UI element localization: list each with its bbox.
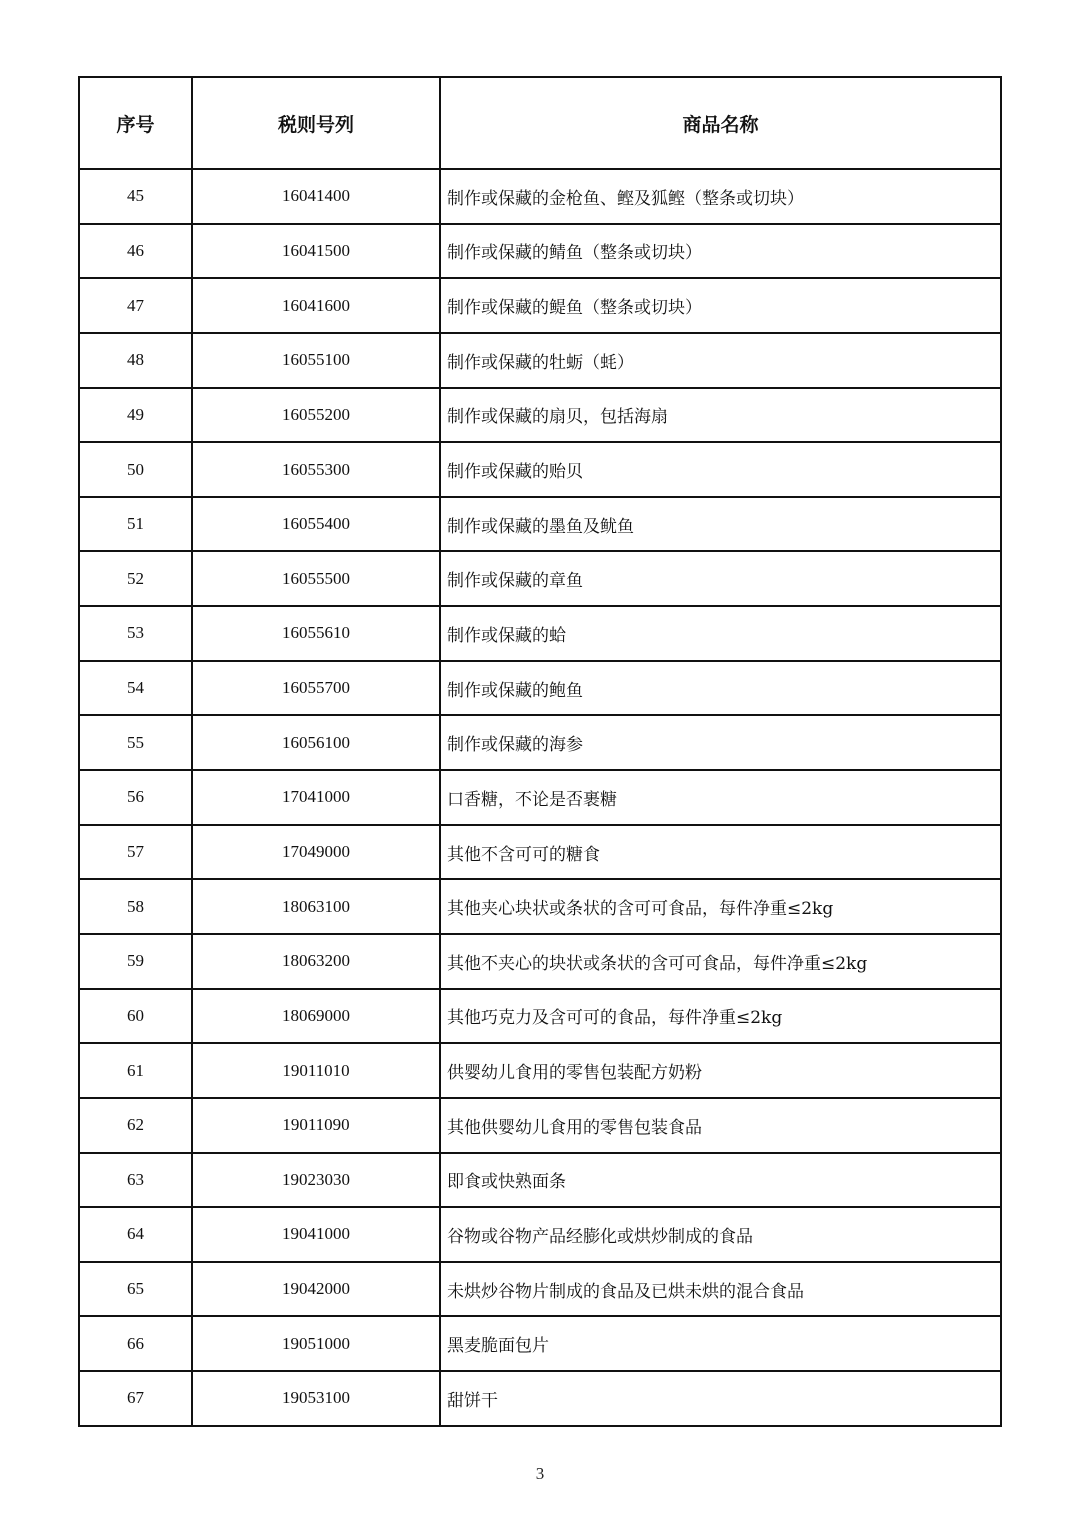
row-product-name: 制作或保藏的鲭鱼（整条或切块） <box>440 224 1001 279</box>
table-row: 46 16041500 制作或保藏的鲭鱼（整条或切块） <box>79 224 1001 279</box>
header-tariff-code: 税则号列 <box>192 77 440 169</box>
row-product-name: 供婴幼儿食用的零售包装配方奶粉 <box>440 1043 1001 1098</box>
table-row: 51 16055400 制作或保藏的墨鱼及鱿鱼 <box>79 497 1001 552</box>
row-index: 52 <box>79 551 192 606</box>
row-index: 48 <box>79 333 192 388</box>
table-row: 47 16041600 制作或保藏的鳀鱼（整条或切块） <box>79 278 1001 333</box>
row-tariff-code: 16055200 <box>192 388 440 443</box>
row-tariff-code: 16055700 <box>192 661 440 716</box>
row-tariff-code: 16041500 <box>192 224 440 279</box>
row-tariff-code: 19051000 <box>192 1316 440 1371</box>
row-index: 65 <box>79 1262 192 1317</box>
row-product-name: 制作或保藏的鲍鱼 <box>440 661 1001 716</box>
row-index: 58 <box>79 879 192 934</box>
row-product-name: 制作或保藏的金枪鱼、鲣及狐鲣（整条或切块） <box>440 169 1001 224</box>
table-row: 60 18069000 其他巧克力及含可可的食品，每件净重≤2kg <box>79 989 1001 1044</box>
row-index: 55 <box>79 715 192 770</box>
row-product-name: 甜饼干 <box>440 1371 1001 1426</box>
row-tariff-code: 16055100 <box>192 333 440 388</box>
page-number: 3 <box>0 1464 1080 1484</box>
table-row: 67 19053100 甜饼干 <box>79 1371 1001 1426</box>
row-index: 60 <box>79 989 192 1044</box>
row-tariff-code: 19042000 <box>192 1262 440 1317</box>
row-product-name: 黑麦脆面包片 <box>440 1316 1001 1371</box>
row-tariff-code: 17049000 <box>192 825 440 880</box>
row-index: 49 <box>79 388 192 443</box>
table-header: 序号 税则号列 商品名称 <box>79 77 1001 169</box>
table-row: 48 16055100 制作或保藏的牡蛎（蚝） <box>79 333 1001 388</box>
table-row: 49 16055200 制作或保藏的扇贝，包括海扇 <box>79 388 1001 443</box>
document-page: 序号 税则号列 商品名称 45 16041400 制作或保藏的金枪鱼、鲣及狐鲣（… <box>0 0 1080 1528</box>
table-body: 45 16041400 制作或保藏的金枪鱼、鲣及狐鲣（整条或切块） 46 160… <box>79 169 1001 1426</box>
row-product-name: 其他供婴幼儿食用的零售包装食品 <box>440 1098 1001 1153</box>
table-row: 56 17041000 口香糖，不论是否裹糖 <box>79 770 1001 825</box>
table-row: 45 16041400 制作或保藏的金枪鱼、鲣及狐鲣（整条或切块） <box>79 169 1001 224</box>
row-tariff-code: 17041000 <box>192 770 440 825</box>
row-tariff-code: 18069000 <box>192 989 440 1044</box>
row-product-name: 其他夹心块状或条状的含可可食品，每件净重≤2kg <box>440 879 1001 934</box>
row-index: 62 <box>79 1098 192 1153</box>
table-row: 58 18063100 其他夹心块状或条状的含可可食品，每件净重≤2kg <box>79 879 1001 934</box>
table-row: 50 16055300 制作或保藏的贻贝 <box>79 442 1001 497</box>
row-index: 47 <box>79 278 192 333</box>
row-tariff-code: 19041000 <box>192 1207 440 1262</box>
table-row: 52 16055500 制作或保藏的章鱼 <box>79 551 1001 606</box>
row-product-name: 制作或保藏的蛤 <box>440 606 1001 661</box>
row-index: 53 <box>79 606 192 661</box>
row-index: 57 <box>79 825 192 880</box>
table-row: 63 19023030 即食或快熟面条 <box>79 1153 1001 1208</box>
table-row: 61 19011010 供婴幼儿食用的零售包装配方奶粉 <box>79 1043 1001 1098</box>
row-tariff-code: 18063100 <box>192 879 440 934</box>
row-tariff-code: 19011090 <box>192 1098 440 1153</box>
row-tariff-code: 16055400 <box>192 497 440 552</box>
row-index: 61 <box>79 1043 192 1098</box>
row-tariff-code: 19011010 <box>192 1043 440 1098</box>
row-product-name: 制作或保藏的章鱼 <box>440 551 1001 606</box>
row-index: 67 <box>79 1371 192 1426</box>
row-product-name: 即食或快熟面条 <box>440 1153 1001 1208</box>
header-index: 序号 <box>79 77 192 169</box>
row-product-name: 其他巧克力及含可可的食品，每件净重≤2kg <box>440 989 1001 1044</box>
row-index: 64 <box>79 1207 192 1262</box>
row-index: 46 <box>79 224 192 279</box>
table-row: 55 16056100 制作或保藏的海参 <box>79 715 1001 770</box>
header-row: 序号 税则号列 商品名称 <box>79 77 1001 169</box>
row-product-name: 制作或保藏的扇贝，包括海扇 <box>440 388 1001 443</box>
row-product-name: 制作或保藏的牡蛎（蚝） <box>440 333 1001 388</box>
row-product-name: 谷物或谷物产品经膨化或烘炒制成的食品 <box>440 1207 1001 1262</box>
row-product-name: 制作或保藏的鳀鱼（整条或切块） <box>440 278 1001 333</box>
table-row: 54 16055700 制作或保藏的鲍鱼 <box>79 661 1001 716</box>
row-index: 54 <box>79 661 192 716</box>
row-index: 66 <box>79 1316 192 1371</box>
row-tariff-code: 16056100 <box>192 715 440 770</box>
row-tariff-code: 16041400 <box>192 169 440 224</box>
table-row: 66 19051000 黑麦脆面包片 <box>79 1316 1001 1371</box>
header-product-name: 商品名称 <box>440 77 1001 169</box>
row-tariff-code: 16055300 <box>192 442 440 497</box>
row-product-name: 制作或保藏的墨鱼及鱿鱼 <box>440 497 1001 552</box>
tariff-product-table: 序号 税则号列 商品名称 45 16041400 制作或保藏的金枪鱼、鲣及狐鲣（… <box>78 76 1002 1427</box>
row-index: 63 <box>79 1153 192 1208</box>
row-product-name: 制作或保藏的海参 <box>440 715 1001 770</box>
row-product-name: 制作或保藏的贻贝 <box>440 442 1001 497</box>
row-index: 59 <box>79 934 192 989</box>
row-product-name: 其他不夹心的块状或条状的含可可食品，每件净重≤2kg <box>440 934 1001 989</box>
row-product-name: 未烘炒谷物片制成的食品及已烘未烘的混合食品 <box>440 1262 1001 1317</box>
table-row: 59 18063200 其他不夹心的块状或条状的含可可食品，每件净重≤2kg <box>79 934 1001 989</box>
table-row: 64 19041000 谷物或谷物产品经膨化或烘炒制成的食品 <box>79 1207 1001 1262</box>
row-index: 45 <box>79 169 192 224</box>
row-tariff-code: 16041600 <box>192 278 440 333</box>
row-index: 51 <box>79 497 192 552</box>
row-tariff-code: 18063200 <box>192 934 440 989</box>
row-product-name: 其他不含可可的糖食 <box>440 825 1001 880</box>
row-tariff-code: 19023030 <box>192 1153 440 1208</box>
table-row: 65 19042000 未烘炒谷物片制成的食品及已烘未烘的混合食品 <box>79 1262 1001 1317</box>
row-tariff-code: 16055500 <box>192 551 440 606</box>
row-tariff-code: 19053100 <box>192 1371 440 1426</box>
table-row: 53 16055610 制作或保藏的蛤 <box>79 606 1001 661</box>
table-row: 62 19011090 其他供婴幼儿食用的零售包装食品 <box>79 1098 1001 1153</box>
row-index: 56 <box>79 770 192 825</box>
table-row: 57 17049000 其他不含可可的糖食 <box>79 825 1001 880</box>
row-index: 50 <box>79 442 192 497</box>
row-product-name: 口香糖，不论是否裹糖 <box>440 770 1001 825</box>
row-tariff-code: 16055610 <box>192 606 440 661</box>
